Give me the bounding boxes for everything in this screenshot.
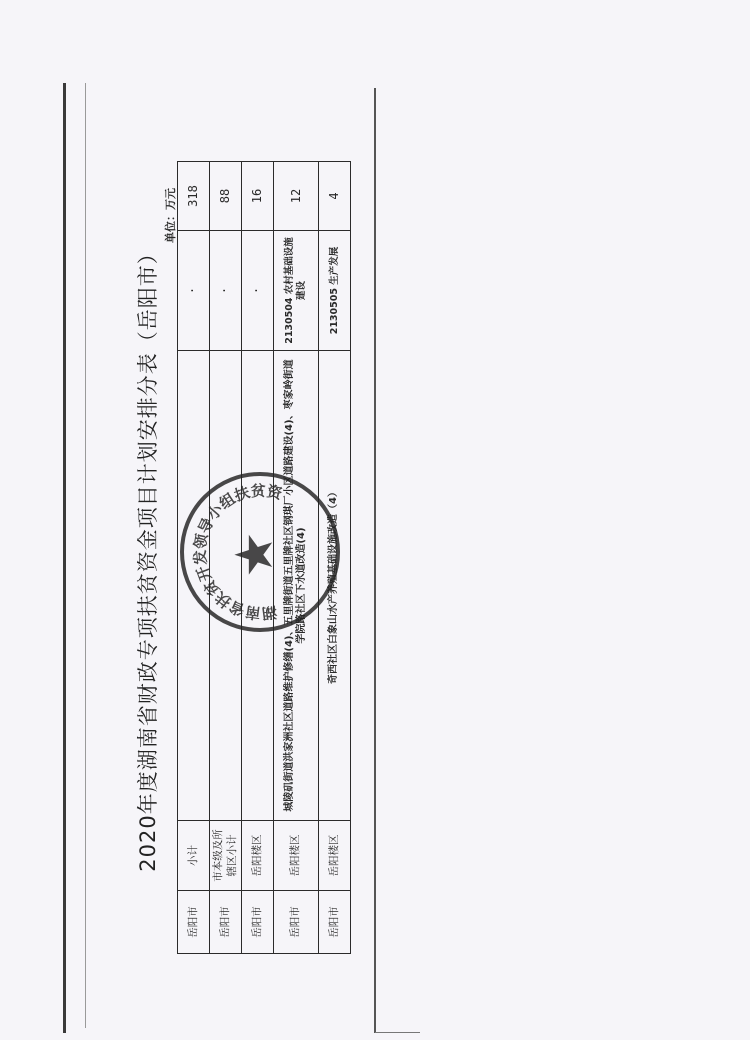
cell-amount: 318 xyxy=(178,162,210,231)
scan-border-line xyxy=(63,83,66,1033)
cell-county: 岳阳楼区 xyxy=(242,821,274,891)
star-icon: ★ xyxy=(229,531,281,578)
unit-label: 单位：万元 xyxy=(162,188,178,243)
cell-amount: 16 xyxy=(242,162,274,231)
cell-function-subject: 2130504 农村基础设施建设 xyxy=(274,231,319,351)
cell-amount: 4 xyxy=(319,162,351,231)
cell-function-subject: · xyxy=(242,231,274,351)
cell-city: 岳阳市 xyxy=(210,891,242,954)
cell-city: 岳阳市 xyxy=(178,891,210,954)
cell-city: 岳阳市 xyxy=(242,891,274,954)
cell-amount: 88 xyxy=(210,162,242,231)
cell-amount: 12 xyxy=(274,162,319,231)
cell-county: 岳阳楼区 xyxy=(274,821,319,891)
cell-city: 岳阳市 xyxy=(274,891,319,954)
cell-city: 岳阳市 xyxy=(319,891,351,954)
cell-county: 小计 xyxy=(178,821,210,891)
official-seal: 湖南省扶贫开发领导小组扶贫资金项目管理 ★ xyxy=(180,472,340,632)
cell-county: 市本级及所辖区小计 xyxy=(210,821,242,891)
cell-county: 岳阳楼区 xyxy=(319,821,351,891)
cell-function-subject: · xyxy=(210,231,242,351)
document-title: 2020年度湖南省财政专项扶贫资金项目计划安排分表（岳阳市） xyxy=(132,142,162,972)
cell-function-subject: 2130505 生产发展 xyxy=(319,231,351,351)
scan-border-line xyxy=(85,83,86,1028)
cell-function-subject: · xyxy=(178,231,210,351)
rotated-document-page: 2020年度湖南省财政专项扶贫资金项目计划安排分表（岳阳市） 单位：万元 岳阳市… xyxy=(132,142,392,972)
page-edge-line xyxy=(375,1032,420,1033)
